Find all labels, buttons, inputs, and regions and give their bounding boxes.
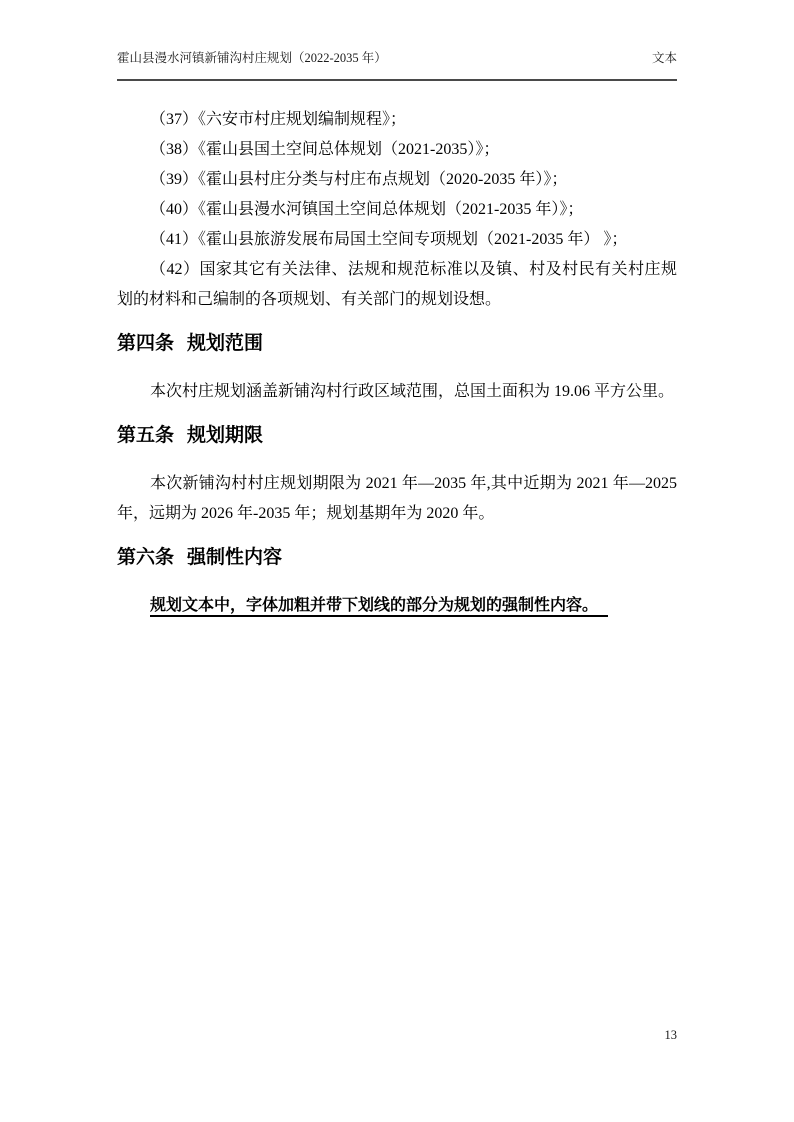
document-page: 霍山县漫水河镇新铺沟村庄规划（2022-2035 年） 文本 （37）《六安市村…	[0, 0, 794, 1122]
page-number: 13	[665, 1028, 678, 1043]
section-number: 第六条	[117, 547, 174, 568]
regulation-list: （37）《六安市村庄规划编制规程》； （38）《霍山县国土空间总体规划（2021…	[117, 105, 677, 315]
section-heading-article-4: 第四条规划范围	[117, 331, 677, 357]
section-title: 规划期限	[187, 425, 263, 446]
section-body-article-5: 本次新铺沟村村庄规划期限为 2021 年—2035 年,其中近期为 2021 年…	[117, 469, 677, 529]
regulation-item-39: （39）《霍山县村庄分类与村庄布点规划（2020-2035 年）》；	[117, 165, 677, 195]
page-header: 霍山县漫水河镇新铺沟村庄规划（2022-2035 年） 文本	[117, 50, 677, 81]
mandatory-content-emphasis: 规划文本中，字体加粗并带下划线的部分为规划的强制性内容。	[150, 597, 608, 617]
section-body-article-4: 本次村庄规划涵盖新铺沟村行政区域范围，总国土面积为 19.06 平方公里。	[117, 377, 677, 407]
section-title: 规划范围	[187, 333, 263, 354]
regulation-item-40: （40）《霍山县漫水河镇国土空间总体规划（2021-2035 年）》；	[117, 195, 677, 225]
section-title: 强制性内容	[187, 547, 282, 568]
section-heading-article-6: 第六条强制性内容	[117, 545, 677, 571]
regulation-item-38: （38）《霍山县国土空间总体规划（2021-2035）》；	[117, 135, 677, 165]
header-title: 霍山县漫水河镇新铺沟村庄规划（2022-2035 年）	[117, 50, 387, 66]
header-doc-type-label: 文本	[652, 50, 677, 66]
regulation-item-37: （37）《六安市村庄规划编制规程》；	[117, 105, 677, 135]
section-number: 第四条	[117, 333, 174, 354]
section-body-article-6: 规划文本中，字体加粗并带下划线的部分为规划的强制性内容。	[117, 591, 677, 621]
regulation-item-41: （41）《霍山县旅游发展布局国土空间专项规划（2021-2035 年） 》；	[117, 225, 677, 255]
section-heading-article-5: 第五条规划期限	[117, 423, 677, 449]
regulation-item-42: （42）国家其它有关法律、法规和规范标准以及镇、村及村民有关村庄规划的材料和己编…	[117, 255, 677, 315]
document-body: （37）《六安市村庄规划编制规程》； （38）《霍山县国土空间总体规划（2021…	[117, 82, 677, 621]
section-number: 第五条	[117, 425, 174, 446]
